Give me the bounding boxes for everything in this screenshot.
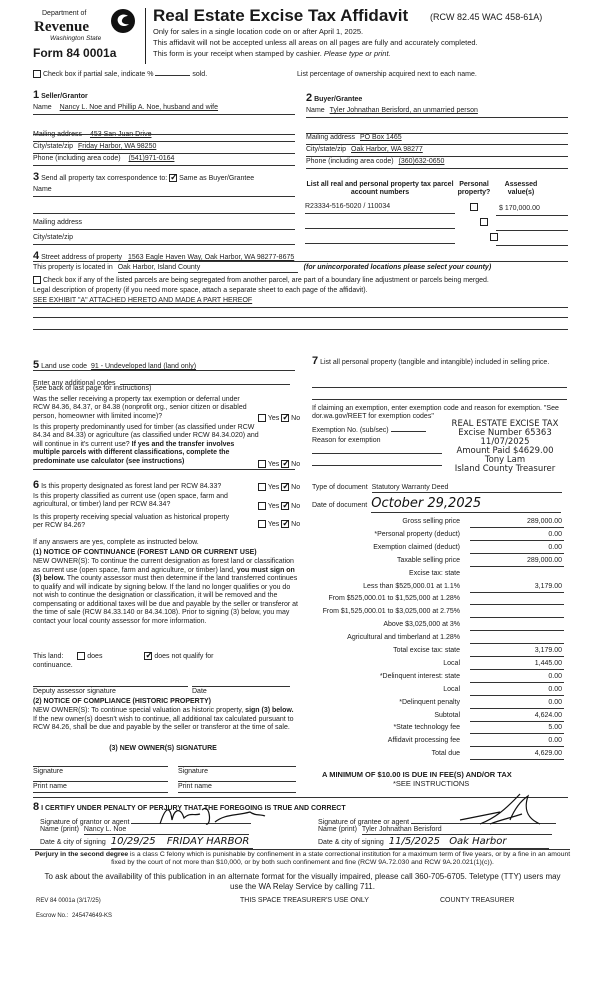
seller-num: 1: [33, 89, 39, 101]
grantee-date-value: 11/5/2025: [389, 836, 440, 847]
grantee-signature-scribble: [450, 790, 550, 830]
land-use-q2-yes[interactable]: [258, 460, 266, 468]
header-line3-text: This form is your receipt when stamped b…: [153, 49, 322, 58]
buyer-phone-field[interactable]: Phone (including area code) (360)632-065…: [306, 158, 568, 169]
grantor-date-value: 10/29/25: [111, 836, 156, 847]
calc-row: Total due4,629.00: [300, 750, 590, 761]
no-label: No: [291, 503, 300, 510]
form-title: Real Estate Excise Tax Affidavit: [153, 6, 408, 26]
parcels-header-personal: Personal property?: [454, 181, 494, 198]
segregated-row: Check box if any of the listed parcels a…: [33, 276, 489, 285]
land-use-label: Land use code: [41, 363, 87, 370]
doc-date-row: Date of document October 29,2025: [312, 496, 561, 513]
calc-value[interactable]: 289,000.00: [470, 557, 564, 567]
county-treasurer: COUNTY TREASURER: [440, 897, 514, 905]
parcel-personal-checkbox[interactable]: [470, 203, 478, 211]
buyer-city-label: City/state/zip: [306, 146, 346, 153]
grantee-date-row: Date & city of signing 11/5/2025 Oak Har…: [318, 836, 549, 849]
land-use-value: 91 - Undeveloped land (land only): [91, 363, 196, 370]
designation-q3-yes[interactable]: [258, 520, 266, 528]
located-note: (for unincorporated locations please sel…: [304, 264, 491, 271]
new-owner-sig-title: (3) NEW OWNER(S) SIGNATURE: [33, 745, 293, 753]
calc-value[interactable]: 0.00: [470, 531, 564, 541]
land-use-q1-yes[interactable]: [258, 414, 266, 422]
street-label: Street address of property: [41, 254, 122, 261]
calc-label: Exemption claimed (deduct): [373, 544, 460, 552]
treasurer-stamp: REAL ESTATE EXCISE TAX Excise Number 653…: [440, 420, 570, 475]
signature-label: Signature: [178, 768, 208, 775]
seller-city-label: City/state/zip: [33, 143, 73, 150]
calc-row: Agricultural and timberland at 1.28%: [300, 634, 590, 645]
land-use-code-field[interactable]: 5 Land use code 91 - Undeveloped land (l…: [33, 359, 295, 371]
notice2-text-b: If the new owner(s) doesn't wish to cont…: [33, 716, 294, 732]
accessibility-notice: To ask about the availability of this pu…: [40, 872, 565, 891]
reason-line1[interactable]: [312, 446, 442, 454]
section5-divider: [33, 469, 295, 470]
owner-print-2[interactable]: Print name: [178, 781, 296, 793]
dept-line2: Revenue: [34, 18, 89, 36]
stamp-line6: Island County Treasurer: [440, 465, 570, 474]
calc-row: Subtotal4,624.00: [300, 712, 590, 723]
buyer-city-value: Oak Harbor, WA 98277: [351, 146, 423, 153]
continuance-label: continuance.: [33, 662, 73, 670]
calc-value[interactable]: [470, 621, 564, 631]
calc-value[interactable]: 1,445.00: [470, 660, 564, 670]
form-rcw: (RCW 82.45 WAC 458-61A): [430, 12, 542, 23]
parcel-assessed-field[interactable]: [496, 235, 568, 246]
notice1-text-b: The county assessor must then determine …: [33, 575, 298, 625]
calc-value[interactable]: 0.00: [470, 737, 564, 747]
located-value[interactable]: Oak Harbor, Island County: [118, 264, 298, 273]
grantor-date-label: Date & city of signing: [40, 839, 106, 846]
section8-bottom-line: [30, 849, 570, 850]
designation-q2: Is this property classified as current u…: [33, 493, 233, 510]
dor-swirl-icon: [110, 8, 136, 34]
notice1-text: NEW OWNER(S): To continue the current de…: [33, 558, 298, 626]
buyer-mailing-label: Mailing address: [306, 134, 355, 141]
parcel-number-field[interactable]: R23334-516-5020 / 110034: [305, 203, 455, 214]
seller-city-field[interactable]: City/state/zip Friday Harbor, WA 98250: [33, 143, 295, 154]
perjury-text: is a class C felony which is punishable …: [111, 851, 570, 866]
property-num: 4: [33, 250, 39, 262]
correspondence-heading: 3 Send all property tax correspondence t…: [33, 171, 254, 184]
calc-label: Local: [443, 660, 460, 668]
calc-row: Above $3,025,000 at 3%: [300, 621, 590, 632]
calc-row: Excise tax: state: [300, 570, 590, 581]
calc-row: Taxable selling price289,000.00: [300, 557, 590, 568]
grantee-city-value: Oak Harbor: [449, 836, 506, 847]
calc-label: Local: [443, 686, 460, 694]
escrow-label: Escrow No.:: [36, 913, 68, 919]
calc-value[interactable]: 4,624.00: [470, 712, 564, 722]
no-label: No: [291, 484, 300, 491]
calc-label: Taxable selling price: [397, 557, 460, 565]
calc-label: *Delinquent penalty: [399, 699, 460, 707]
buyer-name-label: Name: [306, 107, 325, 114]
signature-label: Signature: [33, 768, 63, 775]
calc-row: Local1,445.00: [300, 660, 590, 671]
escrow-row: Escrow No.: 245474649-KS: [36, 913, 112, 920]
perjury-bold: Perjury in the second degree: [35, 851, 128, 858]
legal-label: Legal description of property (if you ne…: [33, 287, 368, 295]
calc-label: Gross selling price: [402, 518, 460, 526]
yes-label: Yes: [268, 484, 279, 491]
yes-label: Yes: [268, 503, 279, 510]
designation-q1-answer: Yes No: [258, 483, 300, 492]
calc-row: *Personal property (deduct)0.00: [300, 531, 590, 542]
buyer-phone-value: (360)632-0650: [399, 158, 445, 165]
owner-signature-1[interactable]: Signature: [33, 766, 168, 776]
land-use-q1-no[interactable]: [281, 414, 289, 422]
correspondence-mailing-label: Mailing address: [33, 219, 82, 226]
calc-row: *Delinquent penalty0.00: [300, 699, 590, 710]
seller-mailing-value: 453 San Juan Drive: [90, 131, 151, 138]
seller-name-value: Nancy L. Noe and Phillip A. Noe, husband…: [60, 104, 218, 111]
does-not-qualify-checkbox[interactable]: [144, 652, 152, 660]
designation-q2-answer: Yes No: [258, 502, 300, 511]
reason-line2[interactable]: [312, 458, 442, 466]
deputy-date-label: Date: [192, 688, 207, 695]
seller-phone-value: (541)971-0164: [129, 155, 175, 162]
grantor-date-field[interactable]: 10/29/25 FRIDAY HARBOR: [111, 836, 253, 849]
calc-row: *Delinquent interest: state0.00: [300, 673, 590, 684]
calc-row: From $1,525,000.01 to $3,025,000 at 2.75…: [300, 608, 590, 619]
see-instructions: *SEE INSTRUCTIONS: [393, 779, 469, 788]
minimum-notice: A MINIMUM OF $10.00 IS DUE IN FEE(S) AND…: [322, 770, 512, 779]
seller-phone-label: Phone (including area code): [33, 155, 121, 162]
parcel-personal-checkbox[interactable]: [480, 218, 488, 226]
personal-property-num: 7: [312, 355, 318, 367]
exemption-no-row: Exemption No. (sub/sec): [312, 425, 426, 435]
reason-label: Reason for exemption: [312, 437, 380, 445]
calc-label: Total due: [432, 750, 460, 758]
legal-line3[interactable]: [33, 322, 568, 330]
personal-property-line2[interactable]: [312, 392, 567, 400]
parcel-assessed-field[interactable]: [496, 220, 568, 231]
calc-row: Total excise tax: state3,179.00: [300, 647, 590, 658]
calc-value[interactable]: 0.00: [470, 673, 564, 683]
land-use-q2: Is this property predominantly used for …: [33, 424, 259, 466]
personal-property-heading: 7 List all personal property (tangible a…: [312, 355, 567, 368]
buyer-num: 2: [306, 92, 312, 104]
calc-row: Exemption claimed (deduct)0.00: [300, 544, 590, 555]
header-divider: [145, 8, 146, 64]
yes-label: Yes: [268, 461, 279, 468]
notice2-text: NEW OWNER(S): To continue special valuat…: [33, 707, 298, 733]
notice2-title: (2) NOTICE OF COMPLIANCE (HISTORIC PROPE…: [33, 698, 211, 706]
does-qualify-checkbox[interactable]: [77, 652, 85, 660]
no-label: No: [291, 521, 300, 528]
buyer-title: Buyer/Grantee: [314, 96, 362, 103]
print-name-label: Print name: [178, 783, 212, 790]
partial-sale-label: Check box if partial sale, indicate %: [43, 71, 154, 78]
buyer-name-field[interactable]: Name Tyler Johnathan Berisford, an unmar…: [306, 107, 568, 118]
grantor-signature-scribble: [140, 800, 270, 830]
same-as-buyer-label: Same as Buyer/Grantee: [179, 175, 254, 182]
designation-q2-yes[interactable]: [258, 502, 266, 510]
calc-label: Less than $525,000.01 at 1.1%: [363, 583, 460, 591]
seller-phone-field[interactable]: Phone (including area code) (541)971-016…: [33, 155, 295, 166]
seller-mailing-field[interactable]: Mailing address 453 San Juan Drive: [33, 131, 295, 142]
doc-type-row: Type of document Statutory Warranty Deed: [312, 484, 562, 493]
calc-row: Gross selling price289,000.00: [300, 518, 590, 529]
dept-line3: Washington State: [50, 35, 101, 43]
designation-instruct: If any answers are yes, complete as inst…: [33, 539, 199, 547]
personal-property-label: List all personal property (tangible and…: [320, 359, 549, 366]
yes-label: Yes: [268, 521, 279, 528]
doc-date-label: Date of document: [312, 502, 367, 509]
legal-description-field[interactable]: SEE EXHIBIT "A" ATTACHED HERETO AND MADE…: [33, 297, 568, 308]
deputy-label: Deputy assessor signature: [33, 688, 116, 695]
correspondence-name-line2[interactable]: [33, 203, 295, 214]
calc-label: Affidavit processing fee: [388, 737, 460, 745]
calc-value[interactable]: 0.00: [470, 544, 564, 554]
calc-value[interactable]: [470, 634, 564, 644]
located-row: This property is located in Oak Harbor, …: [33, 264, 491, 273]
buyer-phone-label: Phone (including area code): [306, 158, 394, 165]
street-value: 1563 Eagle Haven Way, Oak Harbor, WA 982…: [128, 254, 294, 261]
buyer-name-line2[interactable]: [306, 123, 568, 134]
legal-line2[interactable]: [33, 310, 568, 318]
doc-date-value[interactable]: October 29,2025: [371, 496, 561, 513]
calc-label: From $1,525,000.01 to $3,025,000 at 2.75…: [323, 608, 460, 616]
designation-q3-no[interactable]: [281, 520, 289, 528]
personal-property-line1[interactable]: [312, 380, 567, 388]
correspondence-name-label: Name: [33, 186, 52, 193]
correspondence-num: 3: [33, 171, 39, 183]
designation-q3: Is this property receiving special valua…: [33, 514, 233, 531]
this-land-label: This land:: [33, 653, 63, 660]
street-address-field[interactable]: 4 Street address of property 1563 Eagle …: [33, 250, 568, 262]
parcels-header-assessed: Assessed value(s): [496, 181, 546, 198]
calc-label: *Delinquent interest: state: [380, 673, 460, 681]
partial-sale-percent-field[interactable]: [155, 68, 190, 76]
calc-row: Local0.00: [300, 686, 590, 697]
calc-value[interactable]: 3,179.00: [470, 583, 564, 593]
notice2-bold: sign (3) below.: [245, 707, 293, 714]
calc-label: Above $3,025,000 at 3%: [383, 621, 460, 629]
segregated-label: Check box if any of the listed parcels a…: [43, 277, 489, 284]
no-label: No: [291, 415, 300, 422]
calc-value[interactable]: [470, 595, 564, 605]
owner-print-1[interactable]: Print name: [33, 781, 168, 793]
partial-sale-suffix: sold.: [192, 71, 207, 78]
escrow-value: 245474649-KS: [72, 913, 112, 919]
additional-codes-field[interactable]: [120, 377, 290, 385]
calc-label: *Personal property (deduct): [374, 531, 460, 539]
header-line3: This form is your receipt when stamped b…: [153, 49, 391, 58]
rev-number: REV 84 0001a (3/17/25): [36, 898, 101, 905]
grantee-sig-label: Signature of grantee or agent: [318, 819, 409, 826]
partial-sale-checkbox[interactable]: [33, 70, 41, 78]
calc-value[interactable]: 289,000.00: [470, 518, 564, 528]
calc-label: Excise tax: state: [409, 570, 460, 578]
calc-row: Less than $525,000.01 at 1.1%3,179.00: [300, 583, 590, 594]
land-use-q1: Was the seller receiving a property tax …: [33, 396, 253, 421]
buyer-mailing-field[interactable]: Mailing address PO Box 1465: [306, 134, 568, 145]
grantor-city-value: FRIDAY HARBOR: [167, 836, 249, 847]
calc-value[interactable]: 4,629.00: [470, 750, 564, 760]
correspondence-name-field[interactable]: Name: [33, 186, 295, 197]
designation-q1-yes[interactable]: [258, 483, 266, 491]
correspondence-city-label: City/state/zip: [33, 234, 73, 241]
calc-row: Affidavit processing fee0.00: [300, 737, 590, 748]
treasurer-use: THIS SPACE TREASURER'S USE ONLY: [240, 897, 369, 905]
designation-q3-answer: Yes No: [258, 520, 300, 529]
seller-name-field[interactable]: Name Nancy L. Noe and Phillip A. Noe, hu…: [33, 104, 295, 115]
notice2-text-a: NEW OWNER(S): To continue special valuat…: [33, 707, 243, 714]
legal-description-value: SEE EXHIBIT "A" ATTACHED HERETO AND MADE…: [33, 297, 252, 304]
seller-mailing-label: Mailing address: [33, 131, 82, 138]
parcel-number-field[interactable]: [305, 218, 455, 229]
partial-sale-row: Check box if partial sale, indicate % so…: [33, 68, 207, 79]
buyer-mailing-value: PO Box 1465: [360, 134, 402, 141]
calc-value[interactable]: [470, 608, 564, 618]
perjury-notice: Perjury in the second degree is a class …: [30, 851, 575, 867]
calc-value[interactable]: 0.00: [470, 699, 564, 709]
grantor-sig-label: Signature of grantor or agent: [40, 819, 130, 826]
calc-label: *State technology fee: [393, 724, 460, 732]
seller-title: Seller/Grantor: [41, 93, 88, 100]
parcel-assessed-field[interactable]: $ 170,000.00: [496, 205, 568, 216]
designation-q2-no[interactable]: [281, 502, 289, 510]
grantee-name-label: Name (print): [318, 826, 357, 833]
deputy-sig-line[interactable]: Deputy assessor signature: [33, 686, 188, 696]
land-use-q2-answer: Yes No: [258, 460, 300, 469]
buyer-heading: 2 Buyer/Grantee: [306, 92, 362, 105]
calc-row: From $525,000.01 to $1,525,000 at 1.28%: [300, 595, 590, 606]
deputy-date-line[interactable]: Date: [192, 686, 290, 696]
seller-name-label: Name: [33, 104, 52, 111]
calc-label: From $525,000.01 to $1,525,000 at 1.28%: [328, 595, 460, 603]
grantor-date-row: Date & city of signing 10/29/25 FRIDAY H…: [40, 836, 253, 849]
does-not-label: does not qualify for: [154, 653, 213, 660]
does-label: does: [87, 653, 102, 660]
ownership-note: List percentage of ownership acquired ne…: [297, 71, 477, 79]
designation-num: 6: [33, 479, 39, 491]
correspondence-label: Send all property tax correspondence to:: [41, 175, 167, 182]
seller-city-value: Friday Harbor, WA 98250: [78, 143, 156, 150]
additional-codes-note: (see back of last page for instructions): [33, 385, 151, 393]
header-line1: Only for sales in a single location code…: [153, 27, 363, 36]
form-number: Form 84 0001a: [33, 46, 116, 60]
yes-label: Yes: [268, 415, 279, 422]
same-as-buyer-checkbox[interactable]: [169, 174, 177, 182]
exemption-no-field[interactable]: [391, 425, 426, 432]
land-use-num: 5: [33, 359, 39, 371]
grantee-date-label: Date & city of signing: [318, 839, 384, 846]
calc-label: Subtotal: [434, 712, 460, 720]
grantor-name-label: Name (print): [40, 826, 79, 833]
owner-signature-2[interactable]: Signature: [178, 766, 296, 776]
no-label: No: [291, 461, 300, 468]
located-label: This property is located in: [33, 264, 113, 271]
exemption-no-label: Exemption No. (sub/sec): [312, 427, 389, 434]
buyer-city-field[interactable]: City/state/zip Oak Harbor, WA 98277: [306, 146, 568, 157]
correspondence-mailing-field[interactable]: Mailing address: [33, 219, 295, 230]
calc-value[interactable]: 0.00: [470, 686, 564, 696]
segregated-checkbox[interactable]: [33, 276, 41, 284]
header-line3-italic: Please type or print.: [324, 49, 391, 58]
buyer-name-value: Tyler Johnathan Berisford, an unmarried …: [330, 107, 478, 114]
parcels-header-numbers: List all real and personal property tax …: [305, 181, 455, 198]
grantee-date-field[interactable]: 11/5/2025 Oak Harbor: [389, 836, 549, 849]
notice1-title: (1) NOTICE OF CONTINUANCE (FOREST LAND O…: [33, 549, 257, 557]
calc-label: Agricultural and timberland at 1.28%: [347, 634, 460, 642]
this-land-row: This land: does does not qualify for: [33, 652, 214, 661]
designation-q1: 6 Is this property designated as forest …: [33, 479, 221, 492]
print-name-label: Print name: [33, 783, 67, 790]
calc-value[interactable]: 3,179.00: [470, 647, 564, 657]
calc-label: Total excise tax: state: [393, 647, 460, 655]
doc-type-value[interactable]: Statutory Warranty Deed: [372, 484, 562, 493]
parcel-number-field[interactable]: [305, 233, 455, 244]
designation-q1-no[interactable]: [281, 483, 289, 491]
header-line2: This affidavit will not be accepted unle…: [153, 38, 478, 47]
designation-q1-text: Is this property designated as forest la…: [41, 483, 221, 490]
land-use-q1-answer: Yes No: [258, 414, 300, 423]
certify-num: 8: [33, 801, 39, 813]
land-use-q2-no[interactable]: [281, 460, 289, 468]
doc-type-label: Type of document: [312, 484, 368, 491]
calc-row: *State technology fee5.00: [300, 724, 590, 735]
seller-heading: 1 Seller/Grantor: [33, 89, 88, 102]
calc-value[interactable]: 5.00: [470, 724, 564, 734]
correspondence-city-field[interactable]: City/state/zip: [33, 234, 295, 245]
